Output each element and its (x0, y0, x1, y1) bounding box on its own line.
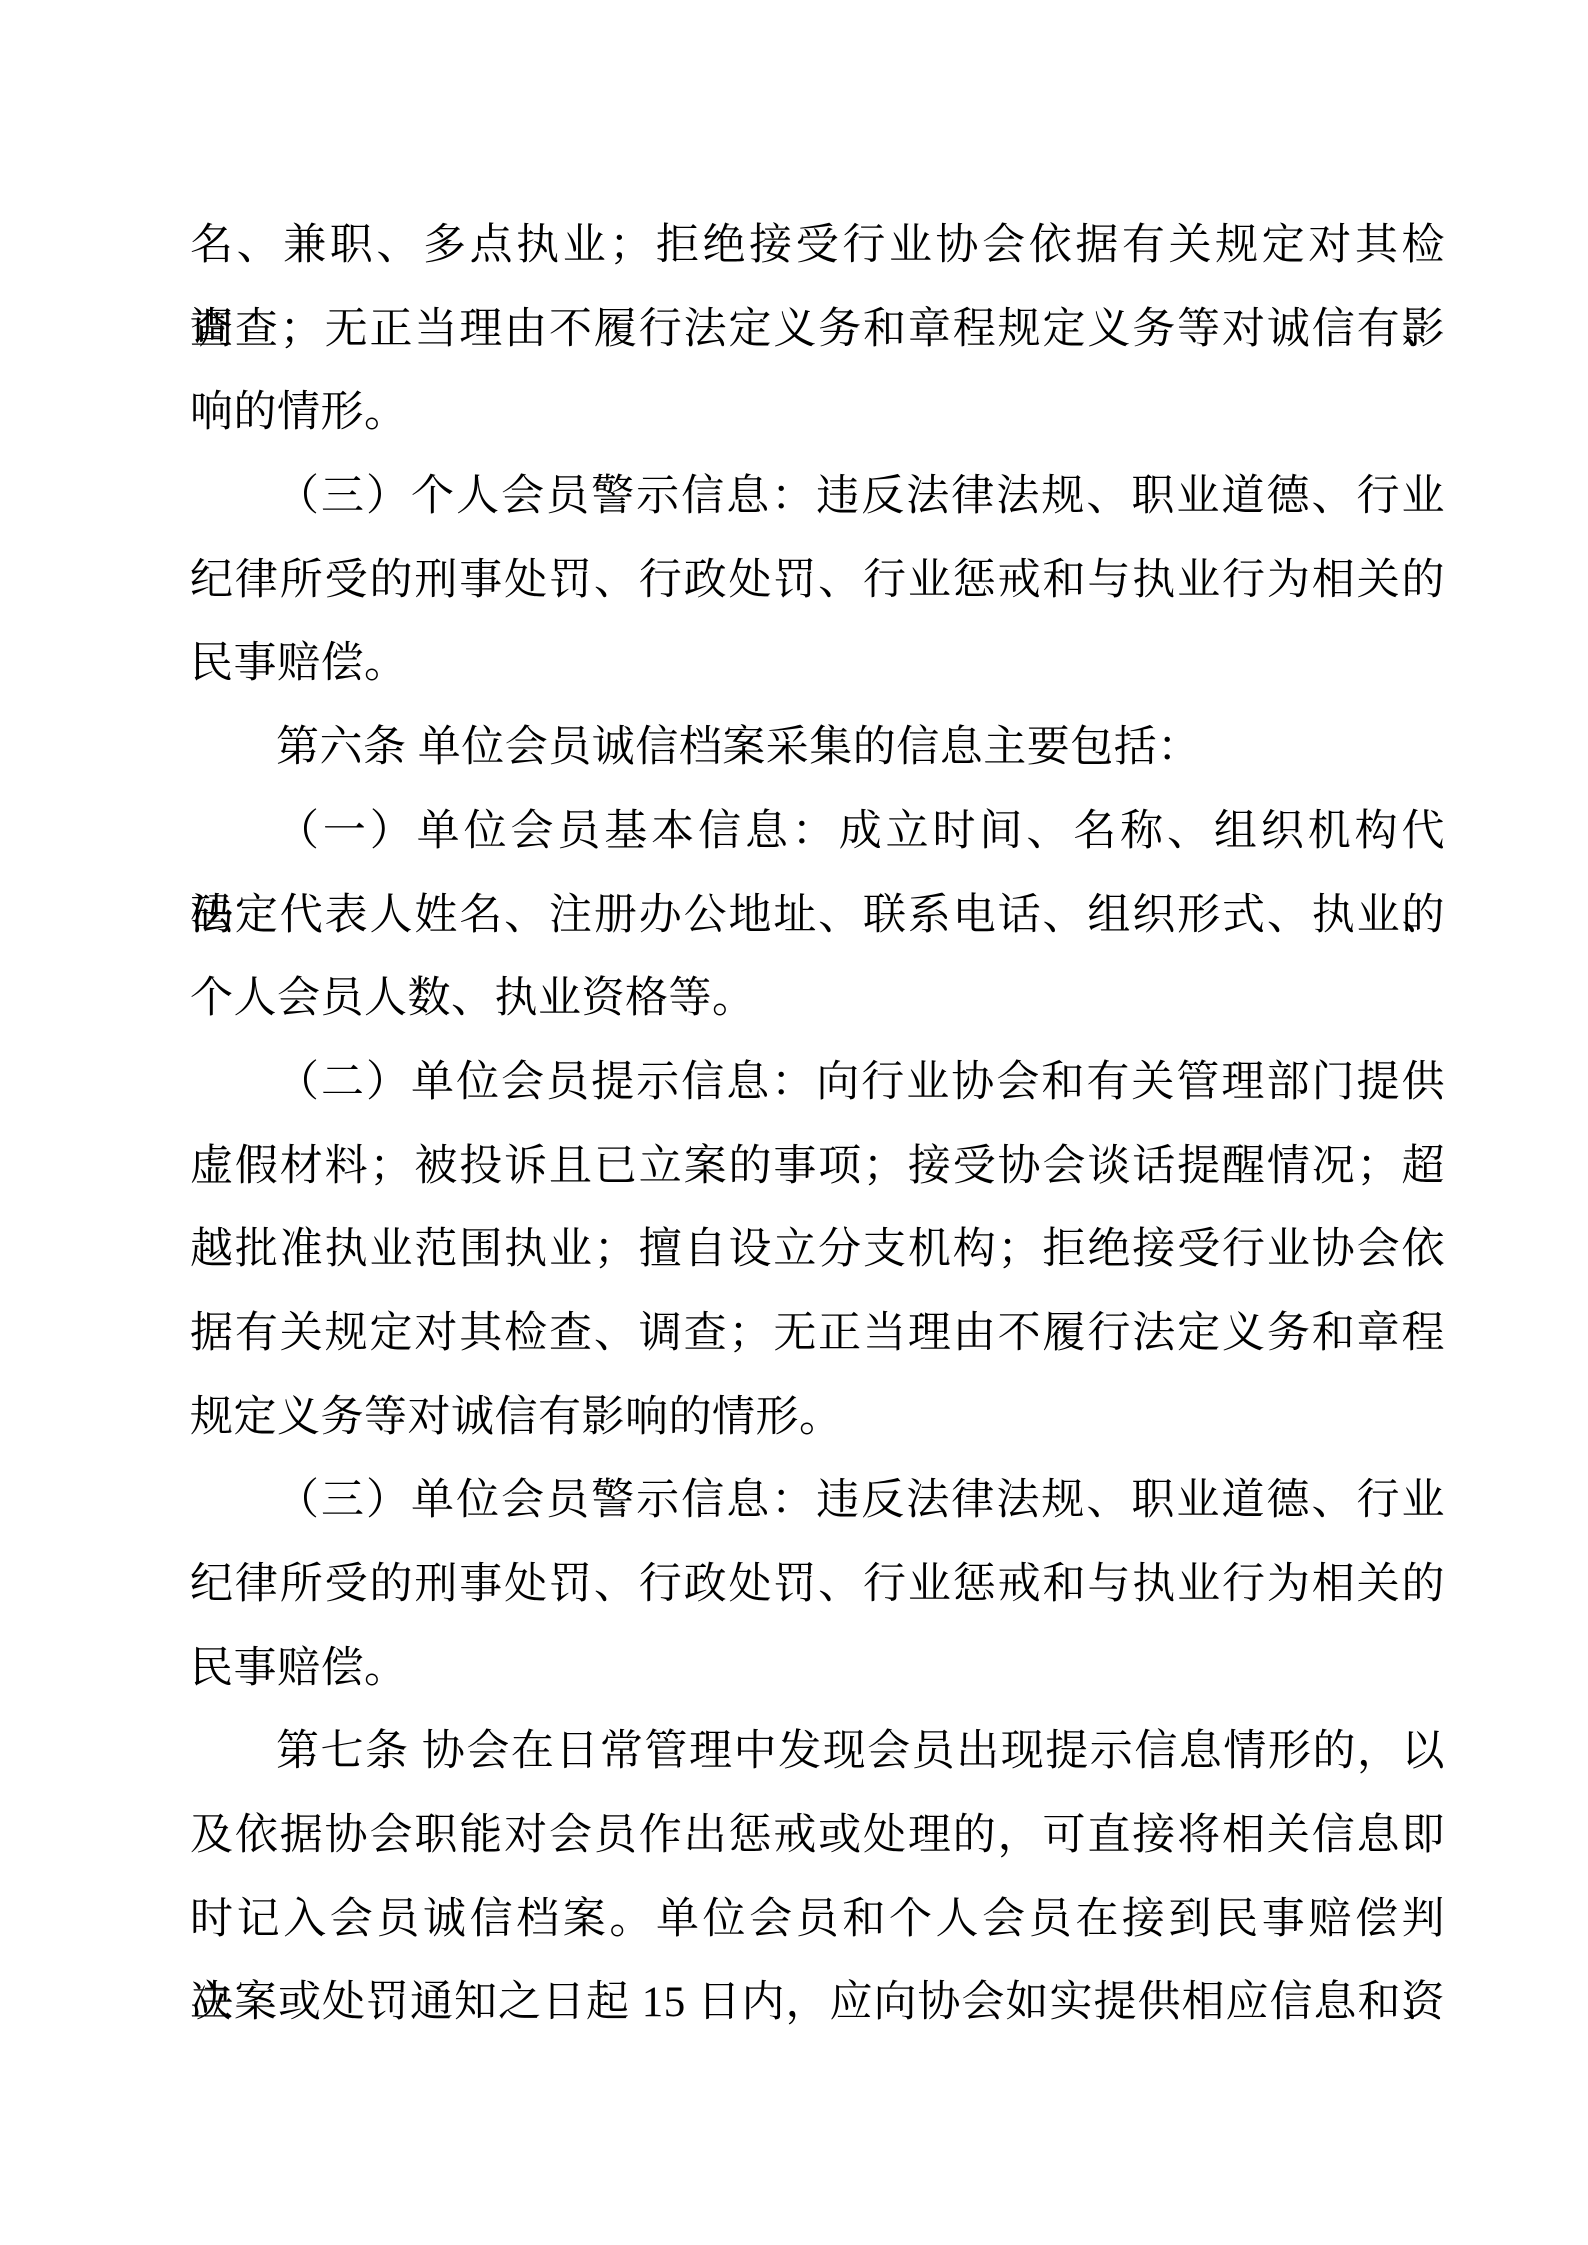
text-line: 及依据协会职能对会员作出惩戒或处理的，可直接将相关信息即 (190, 1794, 1445, 1878)
text-line: 第六条 单位会员诚信档案采集的信息主要包括： (190, 706, 1445, 790)
text-line: 响的情形。 (190, 371, 1445, 455)
text-line: 时记入会员诚信档案。单位会员和个人会员在接到民事赔偿判决、 (190, 1878, 1445, 1962)
document-page: 名、兼职、多点执业；拒绝接受行业协会依据有关规定对其检查、调查；无正当理由不履行… (0, 0, 1588, 2245)
text-line: 调查；无正当理由不履行法定义务和章程规定义务等对诚信有影 (190, 288, 1445, 372)
text-line: 规定义务等对诚信有影响的情形。 (190, 1376, 1445, 1460)
text-line: 个人会员人数、执业资格等。 (190, 957, 1445, 1041)
text-line: 名、兼职、多点执业；拒绝接受行业协会依据有关规定对其检查、 (190, 204, 1445, 288)
document-body: 名、兼职、多点执业；拒绝接受行业协会依据有关规定对其检查、调查；无正当理由不履行… (190, 204, 1445, 2045)
text-line: 虚假材料；被投诉且已立案的事项；接受协会谈话提醒情况；超 (190, 1125, 1445, 1209)
text-line: 第七条 协会在日常管理中发现会员出现提示信息情形的，以 (190, 1710, 1445, 1794)
text-line: （三）单位会员警示信息：违反法律法规、职业道德、行业 (190, 1459, 1445, 1543)
text-line: 立案或处罚通知之日起 15 日内，应向协会如实提供相应信息和资 (190, 1961, 1445, 2045)
text-line: 法定代表人姓名、注册办公地址、联系电话、组织形式、执业的 (190, 874, 1445, 958)
text-line: 民事赔偿。 (190, 1627, 1445, 1711)
text-line: 纪律所受的刑事处罚、行政处罚、行业惩戒和与执业行为相关的 (190, 1543, 1445, 1627)
text-line: （一）单位会员基本信息：成立时间、名称、组织机构代码、 (190, 790, 1445, 874)
text-line: 据有关规定对其检查、调查；无正当理由不履行法定义务和章程 (190, 1292, 1445, 1376)
text-line: 越批准执业范围执业；擅自设立分支机构；拒绝接受行业协会依 (190, 1208, 1445, 1292)
text-line: （三）个人会员警示信息：违反法律法规、职业道德、行业 (190, 455, 1445, 539)
text-line: （二）单位会员提示信息：向行业协会和有关管理部门提供 (190, 1041, 1445, 1125)
text-line: 民事赔偿。 (190, 622, 1445, 706)
text-line: 纪律所受的刑事处罚、行政处罚、行业惩戒和与执业行为相关的 (190, 539, 1445, 623)
